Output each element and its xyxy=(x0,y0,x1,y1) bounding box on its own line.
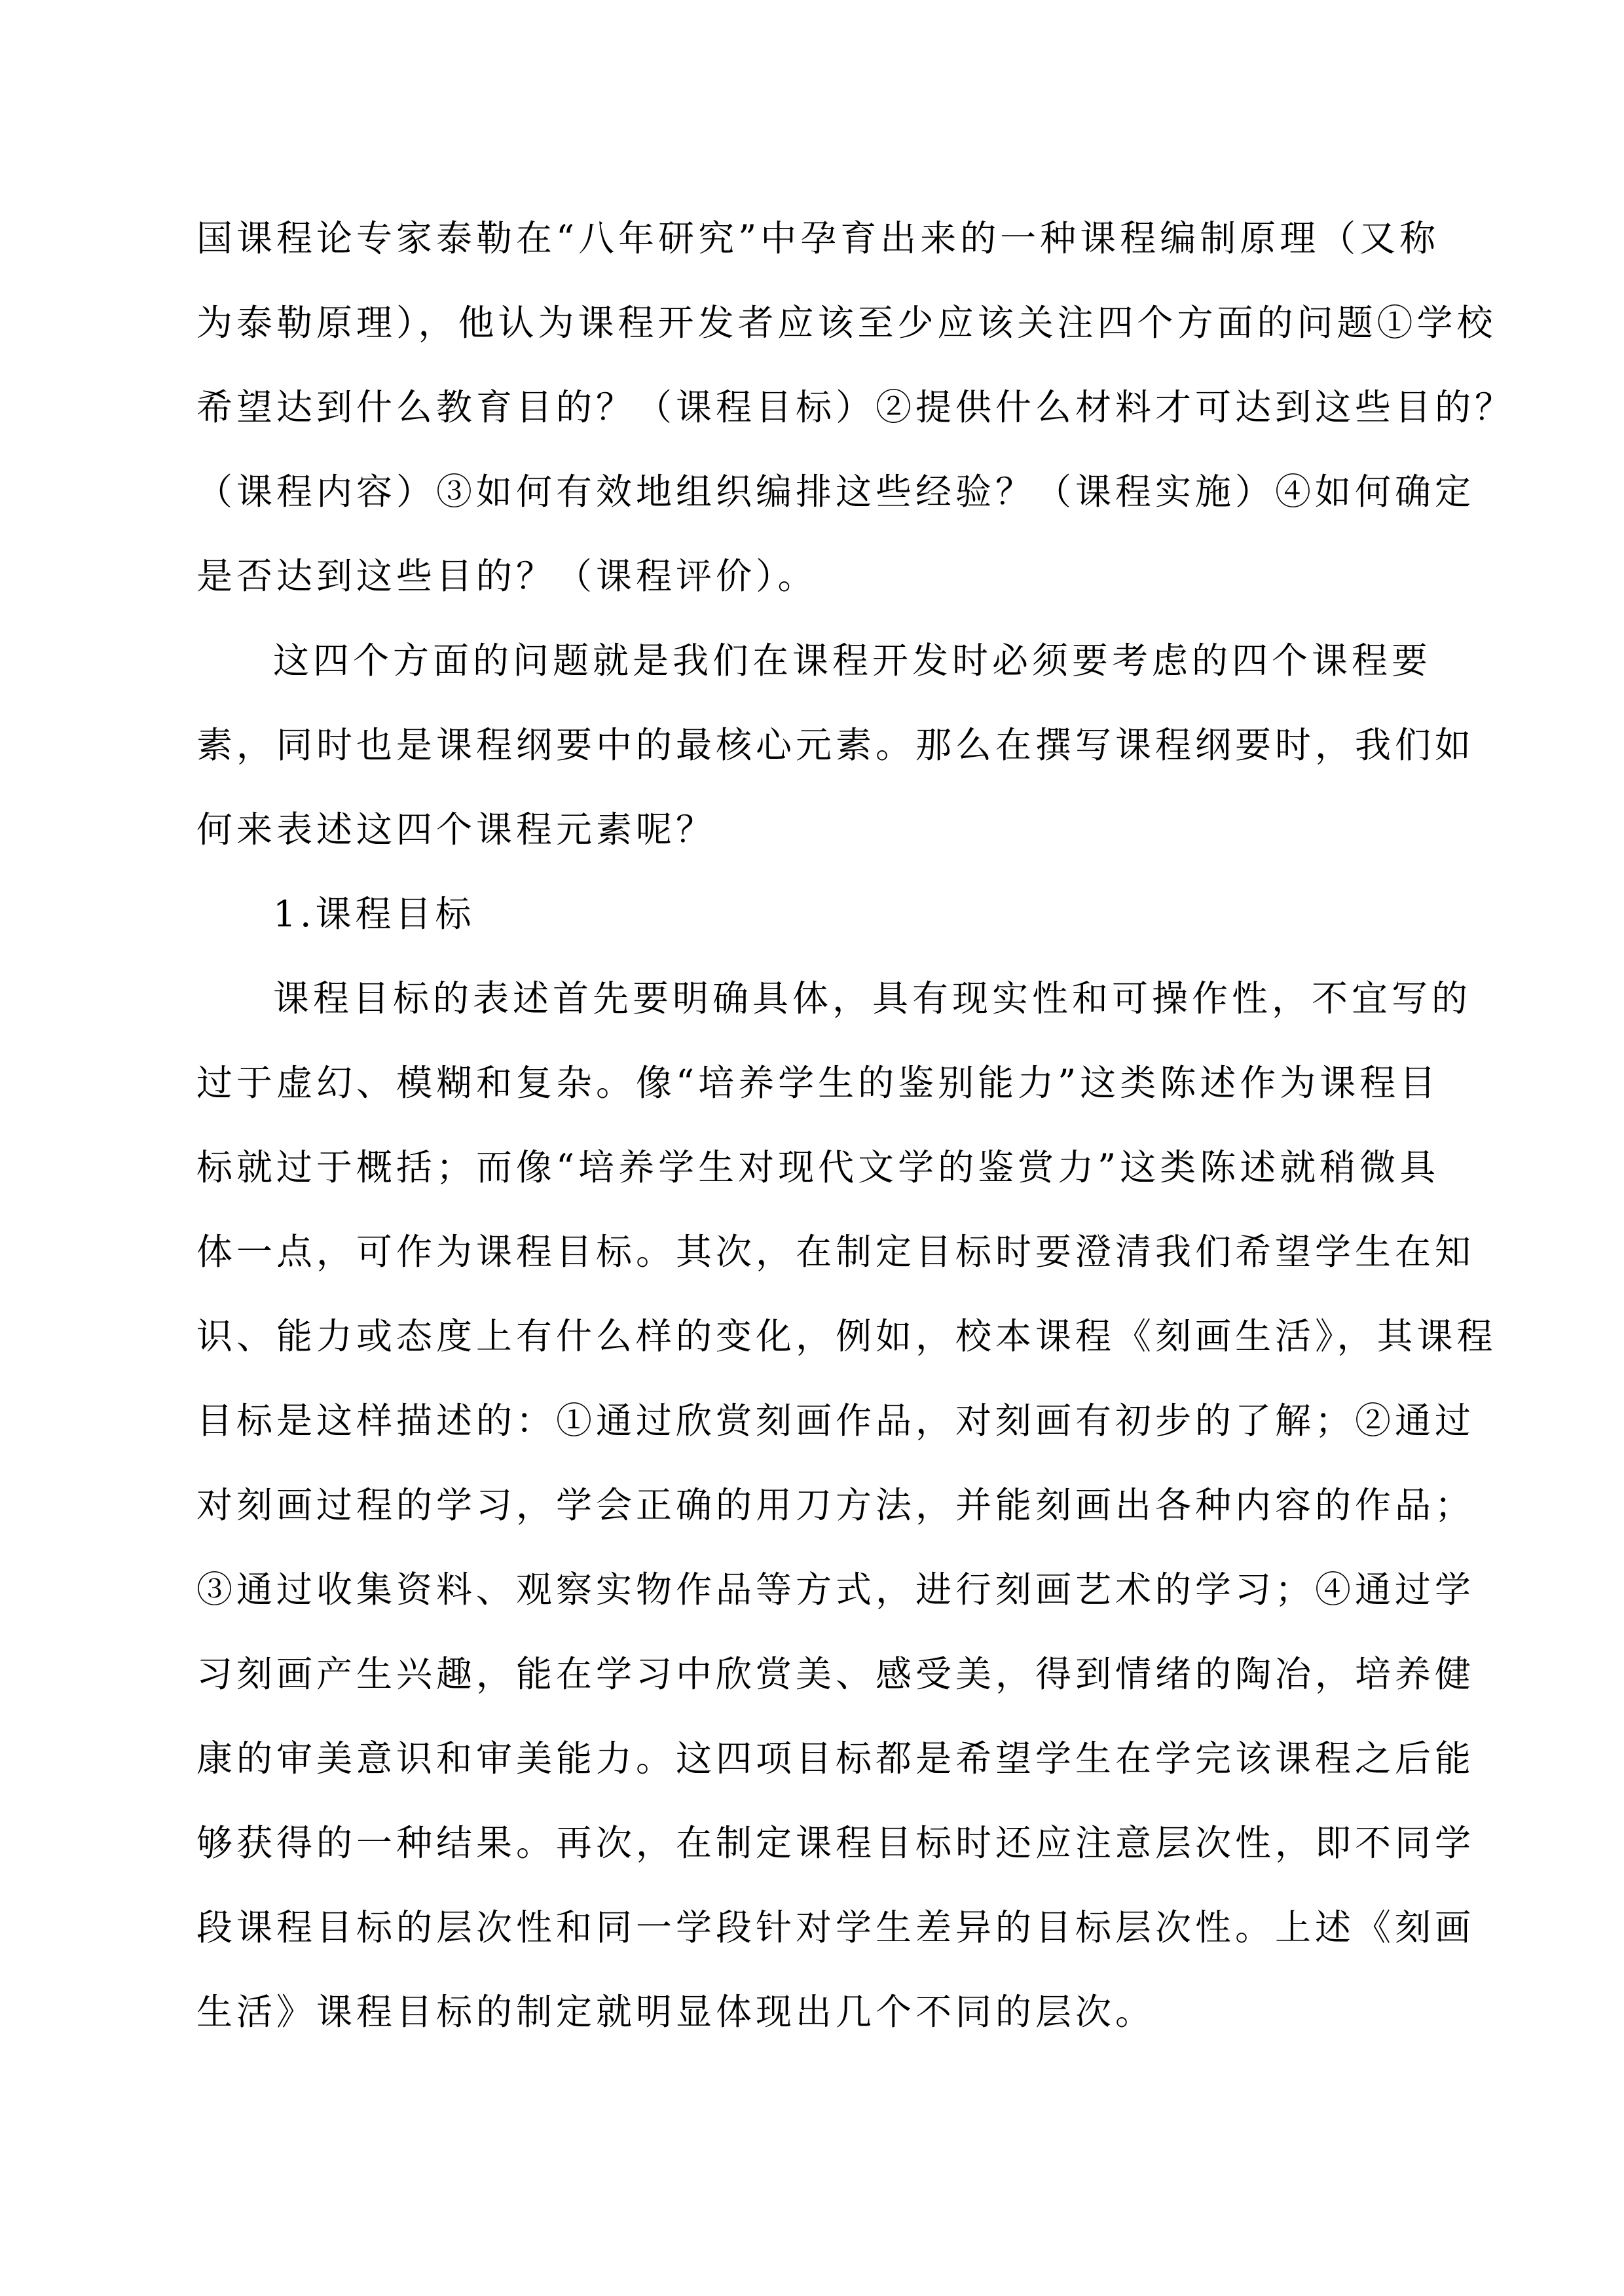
text-line: 康的审美意识和审美能力。这四项目标都是希望学生在学完该课程之后能 xyxy=(196,1728,1441,1813)
text-line: 为泰勒原理），他认为课程开发者应该至少应该关注四个方面的问题①学校 xyxy=(196,293,1441,377)
text-line: 目标是这样描述的：①通过欣赏刻画作品，对刻画有初步的了解；②通过 xyxy=(196,1391,1441,1475)
text-line: （课程内容）③如何有效地组织编排这些经验？（课程实施）④如何确定 xyxy=(196,462,1441,546)
text-line: ③通过收集资料、观察实物作品等方式，进行刻画艺术的学习；④通过学 xyxy=(196,1559,1441,1644)
document-body: 国课程论专家泰勒在“八年研究”中孕育出来的一种课程编制原理（又称 为泰勒原理），… xyxy=(196,208,1441,2066)
text-line: 素，同时也是课程纲要中的最核心元素。那么在撰写课程纲要时，我们如 xyxy=(196,715,1441,799)
text-line: 习刻画产生兴趣，能在学习中欣赏美、感受美，得到情绪的陶冶，培养健 xyxy=(196,1644,1441,1728)
text-line: 是否达到这些目的？（课程评价）。 xyxy=(196,546,1441,630)
text-line: 课程目标的表述首先要明确具体，具有现实性和可操作性，不宜写的 xyxy=(196,968,1441,1053)
paragraph-four-elements: 这四个方面的问题就是我们在课程开发时必须要考虑的四个课程要 素，同时也是课程纲要… xyxy=(196,630,1441,884)
text-line: 体一点，可作为课程目标。其次，在制定目标时要澄清我们希望学生在知 xyxy=(196,1222,1441,1306)
text-line: 何来表述这四个课程元素呢？ xyxy=(196,799,1441,884)
text-line: 过于虚幻、模糊和复杂。像“培养学生的鉴别能力”这类陈述作为课程目 xyxy=(196,1053,1441,1137)
paragraph-intro-continuation: 国课程论专家泰勒在“八年研究”中孕育出来的一种课程编制原理（又称 为泰勒原理），… xyxy=(196,208,1441,630)
text-line: 够获得的一种结果。再次，在制定课程目标时还应注意层次性，即不同学 xyxy=(196,1813,1441,1897)
section-heading-course-goals: 1.课程目标 xyxy=(196,884,1441,968)
text-line: 生活》课程目标的制定就明显体现出几个不同的层次。 xyxy=(196,1982,1441,2066)
text-line: 这四个方面的问题就是我们在课程开发时必须要考虑的四个课程要 xyxy=(196,630,1441,715)
text-line: 国课程论专家泰勒在“八年研究”中孕育出来的一种课程编制原理（又称 xyxy=(196,208,1441,293)
text-line: 标就过于概括；而像“培养学生对现代文学的鉴赏力”这类陈述就稍微具 xyxy=(196,1137,1441,1222)
text-line: 对刻画过程的学习，学会正确的用刀方法，并能刻画出各种内容的作品； xyxy=(196,1475,1441,1559)
text-line: 段课程目标的层次性和同一学段针对学生差异的目标层次性。上述《刻画 xyxy=(196,1897,1441,1982)
paragraph-course-goals: 课程目标的表述首先要明确具体，具有现实性和可操作性，不宜写的 过于虚幻、模糊和复… xyxy=(196,968,1441,2066)
text-line: 识、能力或态度上有什么样的变化，例如，校本课程《刻画生活》，其课程 xyxy=(196,1306,1441,1391)
document-page: 国课程论专家泰勒在“八年研究”中孕育出来的一种课程编制原理（又称 为泰勒原理），… xyxy=(0,0,1624,2296)
text-line: 希望达到什么教育目的？（课程目标）②提供什么材料才可达到这些目的？ xyxy=(196,377,1441,462)
heading-text: 1.课程目标 xyxy=(196,884,1441,968)
